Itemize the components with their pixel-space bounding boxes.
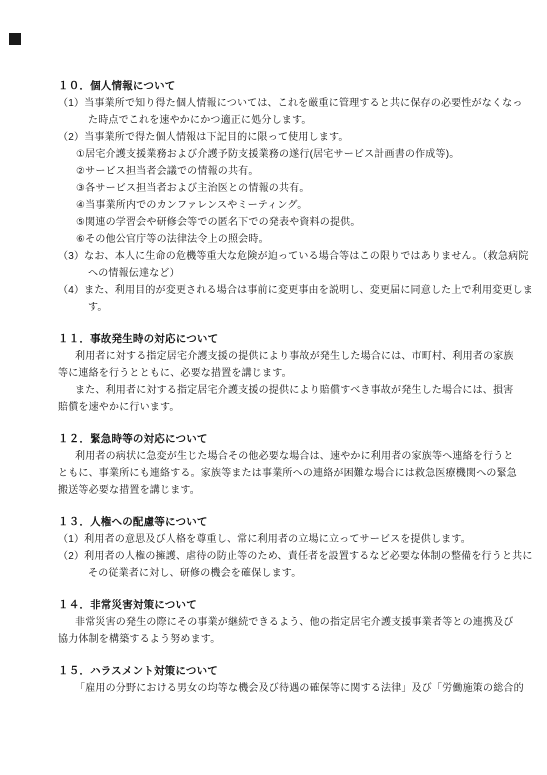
section-heading: １２．緊急時等の対応について: [58, 431, 510, 448]
text-line: （2）当事業所で得た個人情報は下記目的に限って使用します。: [58, 129, 510, 146]
section-heading: １１．事故発生時の対応について: [58, 331, 510, 348]
text-line: （1）当事業所で知り得た個人情報については、これを厳重に管理すると共に保存の必要…: [58, 95, 510, 112]
text-line: 利用者の病状に急変が生じた場合その他必要な場合は、速やかに利用者の家族等へ連絡を…: [58, 448, 510, 465]
text-line: 協力体制を構築するよう努めます。: [58, 631, 510, 648]
text-line: す。: [58, 299, 510, 316]
section-emergency-response: １２．緊急時等の対応について 利用者の病状に急変が生じた場合その他必要な場合は、…: [58, 431, 510, 499]
section-disaster-countermeasures: １４．非常災害対策について 非常災害の発生の際にその事業が継続できるよう、他の指…: [58, 597, 510, 648]
section-human-rights: １３．人権への配慮等について （1）利用者の意思及び人格を尊重し、常に利用者の立…: [58, 514, 510, 582]
text-line: 等に連絡を行うとともに、必要な措置を講じます。: [58, 365, 510, 382]
text-line: （4）また、利用目的が変更される場合は事前に変更事由を説明し、変更届に同意した上…: [58, 282, 510, 299]
list-item: ⑥その他公官庁等の法律法令上の照会時。: [58, 231, 510, 248]
section-personal-information: １０．個人情報について （1）当事業所で知り得た個人情報については、これを厳重に…: [58, 78, 510, 316]
text-line: 非常災害の発生の際にその事業が継続できるよう、他の指定居宅介護支援事業者等との連…: [58, 614, 510, 631]
text-line: また、利用者に対する指定居宅介護支援の提供により賠償すべき事故が発生した場合には…: [58, 382, 510, 399]
text-line: その従業者に対し、研修の機会を確保します。: [58, 565, 510, 582]
text-line: 賠償を速やかに行います。: [58, 399, 510, 416]
section-harassment-countermeasures: １５．ハラスメント対策について 「雇用の分野における男女の均等な機会及び待遇の確…: [58, 663, 510, 697]
text-line: （2）利用者の人権の擁護、虐待の防止等のため、責任者を設置するなど必要な体制の整…: [58, 548, 510, 565]
text-line: 利用者に対する指定居宅介護支援の提供により事故が発生した場合には、市町村、利用者…: [58, 348, 510, 365]
text-line: 「雇用の分野における男女の均等な機会及び待遇の確保等に関する法律」及び「労働施策…: [58, 680, 510, 697]
section-heading: １０．個人情報について: [58, 78, 510, 95]
scan-corner-mark: [9, 33, 21, 45]
list-item: ④当事業所内でのカンファレンスやミーティング。: [58, 197, 510, 214]
list-item: ②サービス担当者会議での情報の共有。: [58, 163, 510, 180]
text-line: 搬送等必要な措置を講じます。: [58, 482, 510, 499]
section-accident-response: １１．事故発生時の対応について 利用者に対する指定居宅介護支援の提供により事故が…: [58, 331, 510, 416]
section-heading: １５．ハラスメント対策について: [58, 663, 510, 680]
text-line: （1）利用者の意思及び人格を尊重し、常に利用者の立場に立ってサービスを提供します…: [58, 531, 510, 548]
text-line: への情報伝達など）: [58, 265, 510, 282]
list-item: ③各サービス担当者および主治医との情報の共有。: [58, 180, 510, 197]
text-line: （3）なお、本人に生命の危機等重大な危険が迫っている場合等はこの限りではありませ…: [58, 248, 510, 265]
text-line: ともに、事業所にも連絡する。家族等または事業所への連絡が困難な場合には救急医療機…: [58, 465, 510, 482]
list-item: ⑤関連の学習会や研修会等での匿名下での発表や資料の提供。: [58, 214, 510, 231]
text-line: た時点でこれを速やかにかつ適正に処分します。: [58, 112, 510, 129]
section-heading: １３．人権への配慮等について: [58, 514, 510, 531]
document-content: １０．個人情報について （1）当事業所で知り得た個人情報については、これを厳重に…: [58, 78, 510, 710]
list-item: ①居宅介護支援業務および介護予防支援業務の遂行(居宅サービス計画書の作成等)。: [58, 146, 510, 163]
section-heading: １４．非常災害対策について: [58, 597, 510, 614]
document-page: １０．個人情報について （1）当事業所で知り得た個人情報については、これを厳重に…: [0, 0, 547, 775]
